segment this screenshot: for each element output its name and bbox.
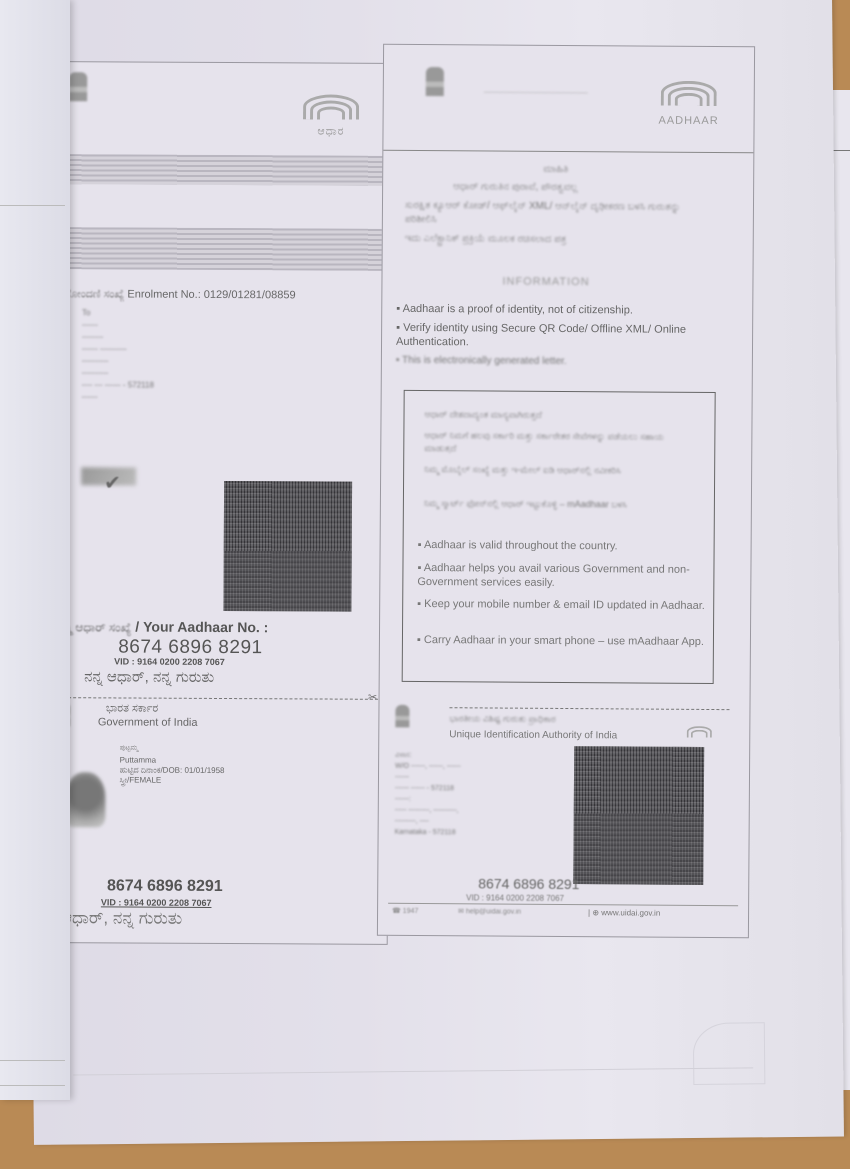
- title-band: [60, 227, 390, 271]
- card-name-kn: ಪುಟ್ಟಮ್ಮ: [120, 744, 138, 752]
- card-name-en: Puttamma: [120, 755, 157, 764]
- info-box: ಆಧಾರ್ ದೇಶದಾದ್ಯಂತ ಮಾನ್ಯವಾಗಿರುತ್ತದೆ ಆಧಾರ್ …: [402, 390, 716, 684]
- box-en-line: ▪ Carry Aadhaar in your smart phone – us…: [417, 633, 707, 649]
- box-kn-line: ಆಧಾರ್ ದೇಶದಾದ್ಯಂತ ಮಾನ್ಯವಾಗಿರುತ್ತದೆ: [424, 409, 541, 421]
- box-kn-line: ಆಧಾರ್ ನಿಮಗೆ ಹಲವು ಸರ್ಕಾರಿ ಮತ್ತು ಸರ್ಕಾರೇತರ…: [424, 429, 684, 457]
- qr-code: [223, 481, 352, 612]
- card-qr-code: [573, 746, 704, 885]
- box-kn-line: ನಿಮ್ಮ ಸ್ಮಾರ್ಟ್ ಫೋನ್‌ನಲ್ಲಿ ಆಧಾರ್ ಇಟ್ಟುಕೊಳ…: [424, 497, 684, 512]
- kn-heading: ಮಾಹಿತಿ: [543, 164, 568, 175]
- book-edge: [0, 0, 70, 1100]
- box-en-line: ▪ Aadhaar is valid throughout the countr…: [418, 539, 618, 552]
- footer-help: ☎ 1947: [392, 907, 418, 915]
- kn-line: ಆಧಾರ್ ಗುರುತಿನ ಪುರಾವೆ, ಪೌರತ್ವವಲ್ಲ: [453, 181, 578, 193]
- card-aadhaar-number: 8674 6896 8291: [107, 877, 223, 896]
- card-aadhaar-number: 8674 6896 8291: [478, 875, 579, 892]
- footer-divider: [388, 903, 738, 906]
- header-band: [61, 154, 391, 186]
- info-heading: INFORMATION: [502, 276, 589, 289]
- kn-line: ಇದು ಎಲೆಕ್ಟ್ರಾನಿಕ್ ಪ್ರಕ್ರಿಯೆ ಮೂಲಕ ರಚಿಸಲಾದ…: [405, 233, 567, 245]
- aadhaar-logo-icon: ಆಧಾರ: [296, 88, 366, 138]
- card-gov-kn: ಭಾರತ ಸರ್ಕಾರ: [106, 702, 158, 715]
- aadhaar-letter-right: ————————————— AADHAAR ಮಾಹಿತಿ ಆಧಾರ್ ಗುರುತ…: [377, 44, 755, 939]
- card-dob: ಹುಟ್ಟಿದ ದಿನಾಂಕ/DOB: 01/01/1958: [120, 765, 225, 776]
- aadhaar-letter-left: ಆಧಾರ ನೋಂದಣಿ ಸಂಖ್ಯೆ Enrolment No.: 0129/0…: [56, 61, 393, 945]
- your-aadhaar-label-en: / Your Aadhaar No. :: [135, 619, 268, 636]
- card-vid: VID : 9164 0200 2208 7067: [466, 893, 564, 903]
- card-emblem-icon: [395, 705, 409, 733]
- holder-photo: [65, 772, 105, 827]
- info-line: ▪ This is electronically generated lette…: [396, 355, 567, 367]
- enrolment-number: Enrolment No.: 0129/01281/08859: [127, 288, 295, 301]
- box-en-line: ▪ Aadhaar helps you avail various Govern…: [417, 561, 707, 591]
- national-emblem-icon: [426, 67, 444, 103]
- card-address: ವಿಳಾಸ: W/O ------, ------, ------ ------…: [395, 750, 461, 838]
- enrolment-label-kn: ನೋಂದಣಿ ಸಂಖ್ಯೆ: [64, 288, 124, 300]
- box-en-line: ▪ Keep your mobile number & email ID upd…: [417, 597, 707, 613]
- card-vid: VID : 9164 0200 2208 7067: [101, 897, 212, 908]
- valid-tick-icon: ✔: [104, 470, 121, 495]
- card-authority-en: Unique Identification Authority of India: [449, 729, 617, 741]
- header-divider: [383, 150, 753, 154]
- vid-number: VID : 9164 0200 2208 7067: [114, 656, 225, 667]
- info-line: ▪ Aadhaar is a proof of identity, not of…: [396, 303, 633, 317]
- recipient-address: To ------ -------- ------ ---------- ---…: [82, 307, 155, 403]
- aadhaar-logo-icon: AADHAAR: [654, 77, 724, 127]
- card-aadhaar-logo-icon: [687, 725, 711, 743]
- cut-line: [449, 707, 729, 710]
- info-line: ▪ Verify identity using Secure QR Code/ …: [396, 321, 736, 351]
- scissors-icon: ✂: [368, 691, 377, 704]
- kn-line: ಸುರಕ್ಷಿತ ಕ್ಯೂಆರ್ ಕೋಡ್/ ಆಫ್‌ಲೈನ್ XML/ ಆನ್…: [405, 199, 705, 229]
- card-gov-en: Government of India: [98, 716, 198, 729]
- national-emblem-icon: [69, 72, 87, 108]
- cut-line: [48, 697, 378, 700]
- card-gender: ಸ್ತ್ರೀ/FEMALE: [120, 775, 162, 785]
- footer-web: | ⊕ www.uidai.gov.in: [588, 908, 660, 918]
- tagline-kn: ನನ್ನ ಆಧಾರ್, ನನ್ನ ಗುರುತು: [84, 668, 214, 686]
- footer-email: ✉ help@uidai.gov.in: [458, 907, 521, 915]
- box-kn-line: ನಿಮ್ಮ ಮೊಬೈಲ್ ಸಂಖ್ಯೆ ಮತ್ತು ಇ-ಮೇಲ್ ಐಡಿ ಆಧಾ…: [424, 463, 684, 478]
- header-blur: —————————————: [484, 87, 588, 97]
- card-authority-kn: ಭಾರತೀಯ ವಿಶಿಷ್ಟ ಗುರುತು ಪ್ರಾಧಿಕಾರ: [449, 713, 555, 725]
